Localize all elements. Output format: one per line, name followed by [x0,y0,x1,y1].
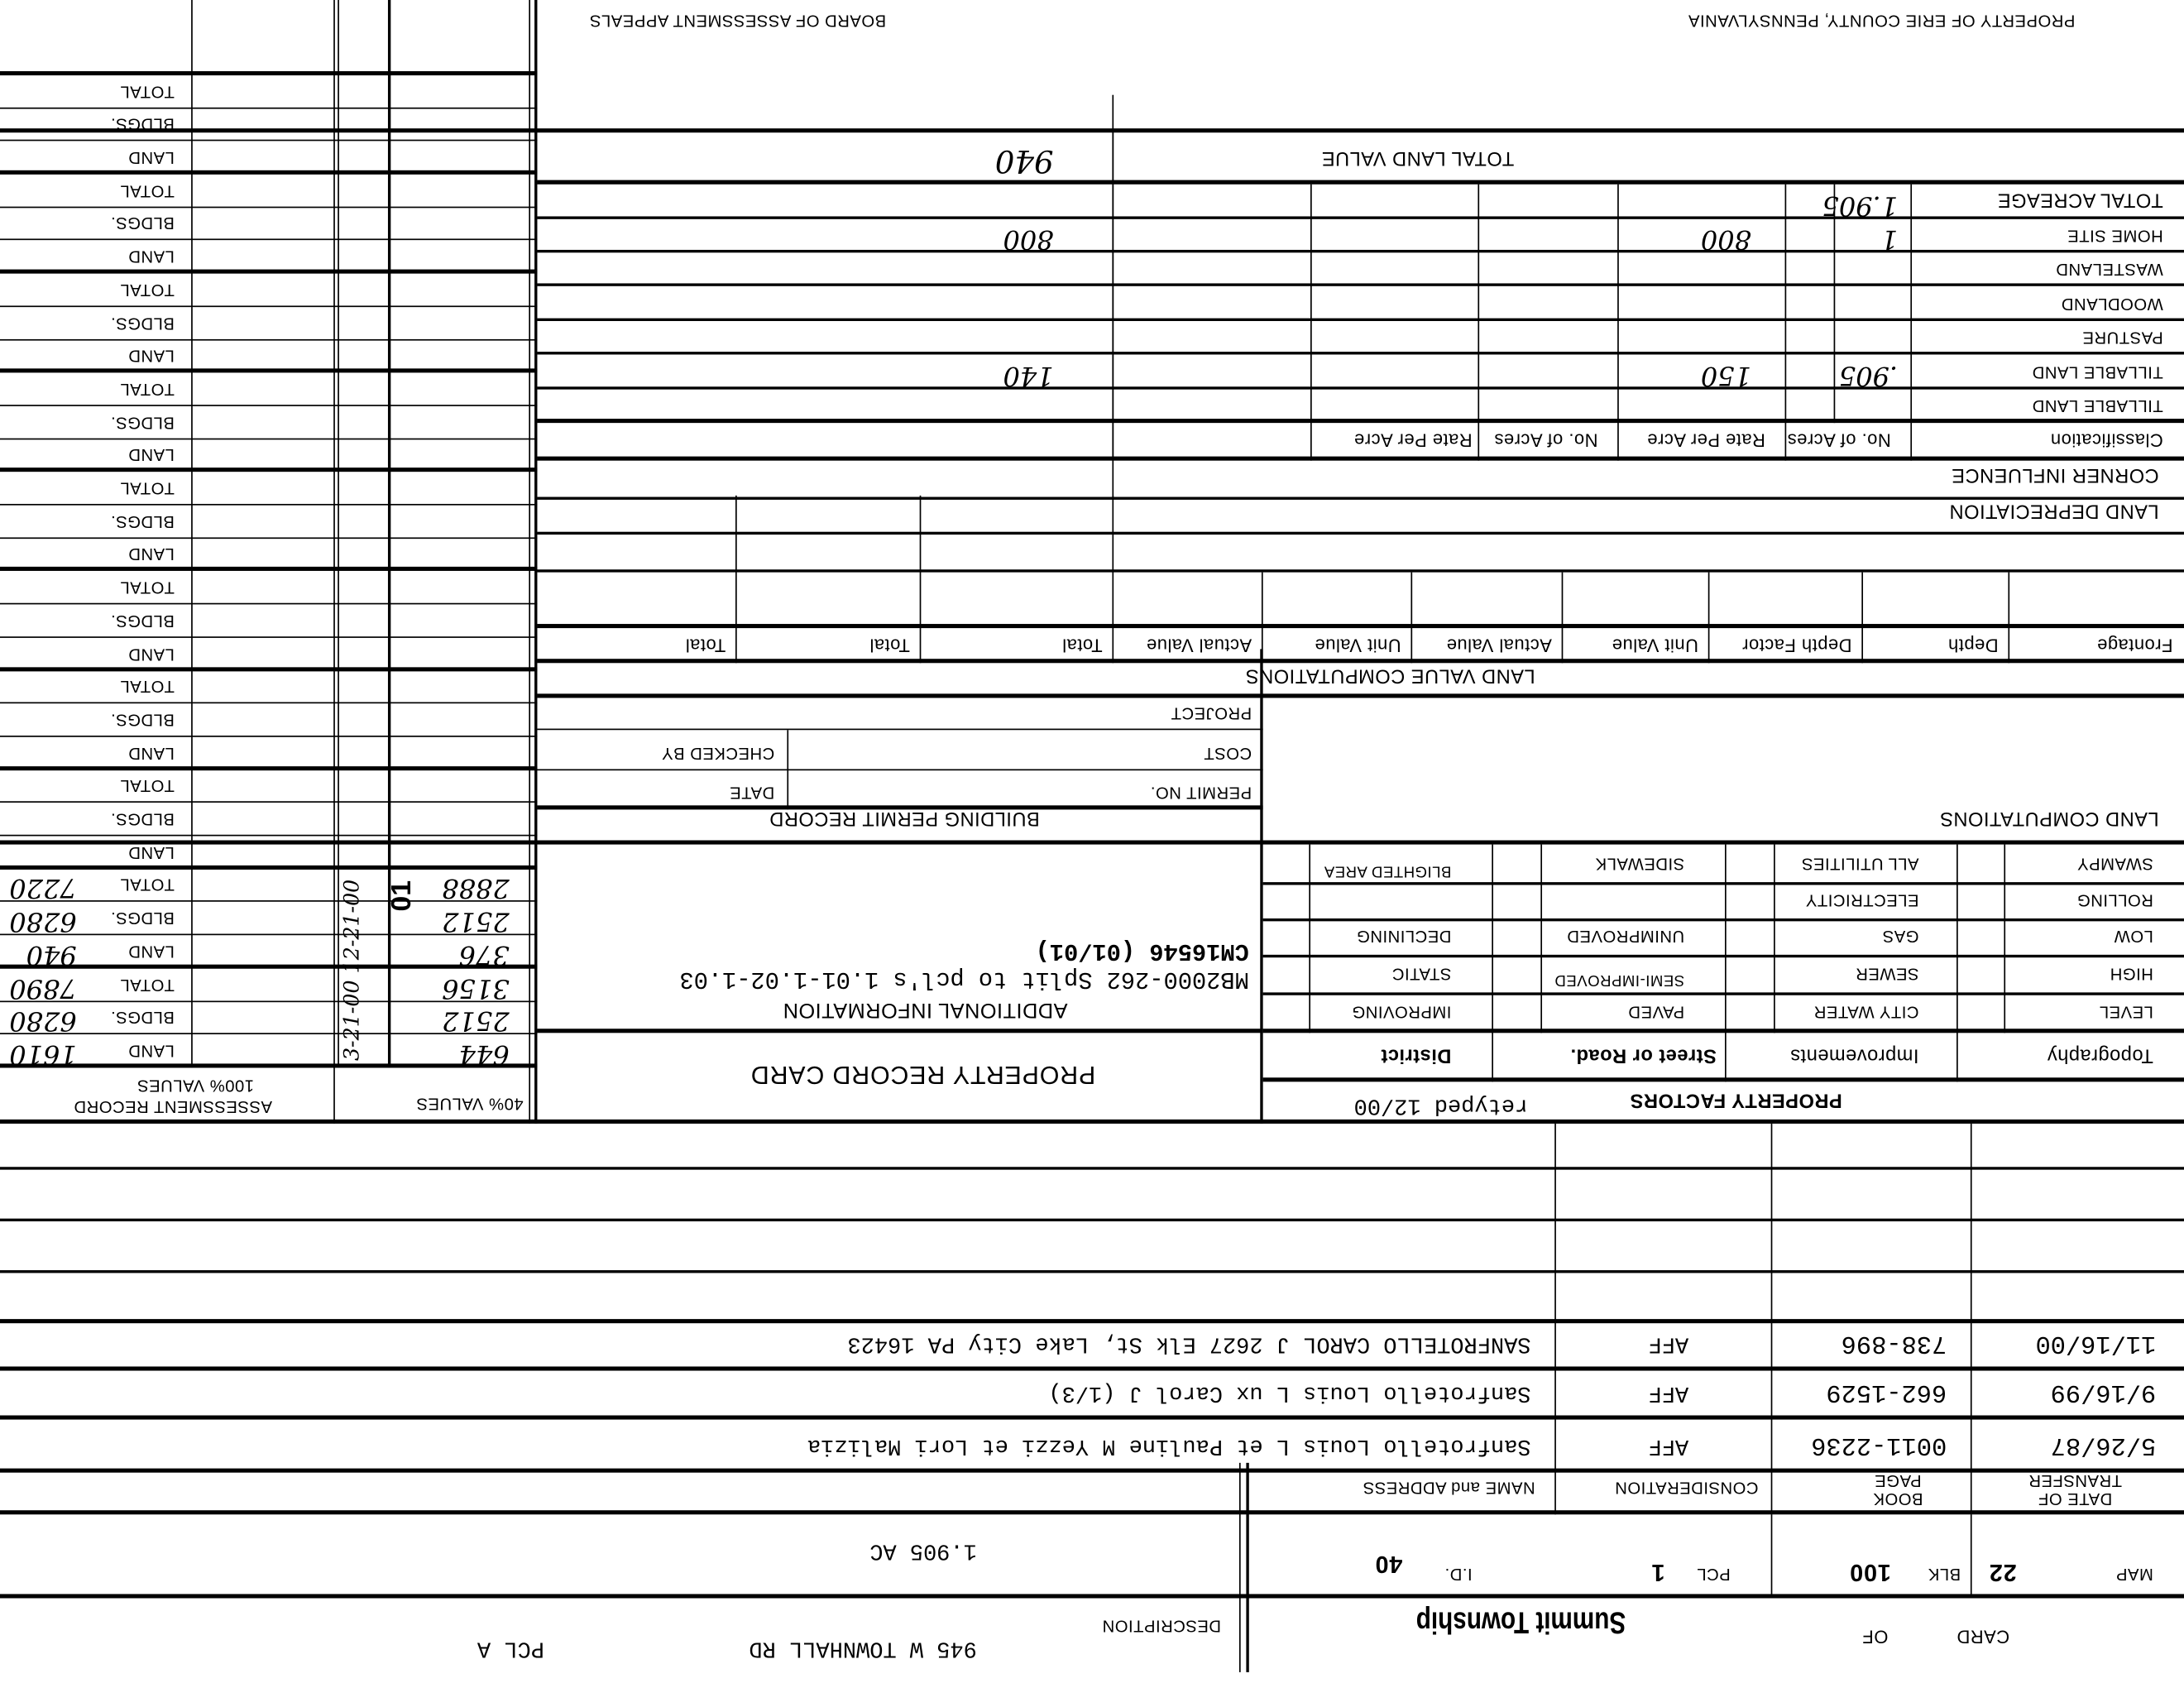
land-value-computations-title: LAND VALUE COMPUTATIONS [1245,666,1535,688]
acreage-acres: 1.905 [1822,189,1898,220]
value-100: 6280 [9,906,77,937]
acreage-rate: 800 [1701,223,1751,254]
map-label: MAP [2115,1565,2153,1585]
acreage-column-header: Rate Per Acre [1354,430,1473,451]
transfer-date: 5/26/87 [2051,1431,2157,1459]
assessment-row-label: TOTAL [120,975,175,995]
rule [0,170,537,175]
assessment-row-label: LAND [128,347,175,367]
assessment-row-label: BLDGS. [111,611,175,631]
rule [537,532,2184,535]
acreage-value: 140 [1003,360,1053,391]
value-100: 6280 [9,1005,77,1036]
permit-no-label: PERMIT NO. [1150,783,1252,803]
transfer-book-page: 662-1529 [1826,1378,1947,1406]
acreage-row-label: WASTELAND [2056,260,2163,280]
divider [1410,573,1412,664]
transfer-name: SANFROTELLO CAROL J 2627 Elk St, Lake Ci… [847,1331,1530,1356]
divider [1971,1514,1972,1598]
book-page-header: BOOK PAGE [1856,1471,1940,1508]
acreage-column-header: No. of Acres [1494,430,1598,451]
assessment-title: ASSESSMENT RECORD [74,1097,272,1117]
description-label: DESCRIPTION [1102,1616,1221,1636]
divider [1262,573,1263,664]
assessment-row-label: LAND [128,843,175,863]
card-of-label: OF [1862,1626,1888,1647]
rule [0,107,537,108]
description-acreage: 1.905 AC [869,1538,977,1563]
assessment-row-label: TOTAL [120,181,175,201]
land-value-column-header: Total [685,635,726,656]
factor-city-water: CITY WATER [1813,1002,1918,1022]
assessment-row-label: BLDGS. [111,810,175,830]
divider [1260,649,1262,1124]
rule [0,1469,2184,1473]
rule [537,569,2184,572]
rule [0,405,537,406]
pcl-value: 1 [1651,1558,1665,1586]
value-100: 940 [26,939,77,970]
divider [1246,1463,1248,1672]
rule [1263,955,2184,957]
assessment-row-label: TOTAL [120,82,175,102]
assessment-row-label: TOTAL [120,578,175,598]
additional-info-line1: MB2000-262 Split to pcl's 1.01-1.02-1.03 [679,965,1248,991]
divider [529,0,530,1124]
value-100: 7220 [9,873,77,904]
description-parcel: PCL A [477,1636,544,1661]
rule [0,835,537,837]
col-40-values: 40% VALUES [416,1095,524,1115]
land-value-column-header: Actual Value [1446,635,1552,656]
value-100: 7890 [9,972,77,1003]
value-40: 2512 [442,1005,510,1036]
divider [920,496,922,663]
acreage-value: 800 [1003,223,1053,254]
assessment-row-label: BLDGS. [111,512,175,532]
retyped-note: retyped 12/00 [1354,1093,1529,1118]
land-value-column-header: Total [869,635,910,656]
divider [2004,845,2005,1033]
improvements-header: Improvements [1790,1045,1919,1067]
rule [537,352,2184,354]
assessment-row-label: BLDGS. [111,909,175,929]
value-40: 644 [459,1038,510,1069]
rule [0,1416,2184,1420]
divider [1861,573,1863,664]
divider [1309,845,1310,1033]
acreage-row-label: WOODLAND [2061,295,2162,314]
rule [0,71,537,75]
rule [1263,918,2184,921]
rule [0,1063,537,1067]
assessment-row-label: LAND [128,148,175,168]
rule [0,703,537,704]
rule [537,419,2184,423]
land-value-column-header: Depth Factor [1742,635,1852,656]
building-permit-title: BUILDING PERMIT RECORD [769,808,1040,831]
rule [0,866,537,870]
rule [537,386,2184,389]
divider [1492,845,1493,1082]
handwritten-dates: 3-21-00 12-21-00 [339,880,364,1061]
rule [537,250,2184,252]
divider [1771,1514,1773,1598]
total-land-value-label: TOTAL LAND VALUE [1321,148,1514,170]
record-card-title: PROPERTY RECORD CARD [750,1059,1095,1088]
district-header: District [1381,1045,1451,1067]
value-40: 2888 [442,873,510,904]
corner-influence-label: CORNER INFLUENCE [1952,465,2159,487]
rule [0,537,537,539]
rule [537,805,1262,809]
transfer-consideration: AFF [1649,1433,1689,1458]
rule [1263,1029,2184,1033]
land-value-column-header: Frontage [2097,635,2173,656]
assessment-row-label: TOTAL [120,281,175,300]
value-40: 376 [459,939,510,970]
factor-unimproved: UNIMPROVED [1567,927,1684,947]
acreage-row-label: TOTAL ACREAGE [1997,189,2162,212]
assessment-row-label: LAND [128,744,175,764]
card-label: CARD [1956,1626,2009,1647]
factor-static: STATIC [1391,965,1451,985]
topography-header: Topography [2047,1045,2153,1067]
additional-info-line2: CM16546 (01/01) [1036,937,1249,963]
rule [0,1270,2184,1273]
blk-label: BLK [1928,1565,1961,1585]
rule [1263,992,2184,995]
rule [537,457,2184,461]
id-value: 40 [1375,1549,1403,1577]
rule [0,128,2184,132]
transfer-consideration: AFF [1649,1380,1689,1405]
rule [537,729,1262,731]
col-100-values: 100% VALUES [137,1077,254,1096]
acreage-row-label: TILLABLE LAND [2032,362,2162,382]
rule [1263,1077,2184,1081]
acreage-acres: .905 [1839,360,1898,391]
rule [537,318,2184,320]
divider [735,496,737,663]
divider [1956,845,1958,1082]
value-40: 2512 [442,906,510,937]
assessment-row-label: LAND [128,645,175,664]
factor-improving: IMPROVING [1352,1002,1451,1022]
divider [191,0,193,1067]
transfer-name: Sanfrotello Louis L ux Carol J (1/3) [1048,1380,1530,1405]
factor-sewer: SEWER [1856,965,1919,985]
rule [0,468,537,472]
permit-date-label: DATE [730,783,775,803]
divider [534,0,537,1124]
divider [1112,132,1114,184]
assessment-row-label: LAND [128,446,175,466]
rule [537,497,2184,500]
acreage-column-header: No. of Acres [1787,430,1891,451]
rule [537,1029,1262,1033]
transfer-date: 11/16/00 [2035,1329,2156,1357]
rule [537,624,2184,628]
rule [0,603,537,605]
factor-swampy: SWAMPY [2077,854,2153,874]
additional-info-label: ADDITIONAL INFORMATION [783,998,1067,1022]
assessment-row-label: BLDGS. [111,214,175,234]
rule [0,568,537,572]
rule [0,206,537,208]
rule [0,1120,2184,1124]
acreage-acres: 1 [1881,223,1898,254]
rule [0,667,537,671]
land-value-column-header: Actual Value [1147,635,1252,656]
year-stamp: 01 [386,880,419,912]
rule [0,438,537,439]
permit-project-label: PROJECT [1171,703,1252,723]
factor-all-utilities: ALL UTILITIES [1802,854,1919,874]
rule [0,766,537,770]
rule [0,369,537,373]
permit-cost-label: COST [1204,744,1252,764]
factor-high: HIGH [2110,965,2153,985]
land-depreciation-label: LAND DEPRECIATION [1949,501,2159,524]
rule [0,1219,2184,1221]
rule [537,284,2184,286]
rule [0,140,537,141]
property-record-card: CARD OF Summit Township DESCRIPTION 945 … [0,0,2184,1688]
board-label: BOARD OF ASSESSMENT APPEALS [590,11,887,31]
rule [0,636,537,638]
description-address: 945 W TOWNHALL RD [749,1636,976,1661]
factor-declining: DECLINING [1357,927,1452,947]
assessment-row-label: TOTAL [120,479,175,499]
consideration-header: CONSIDERATION [1615,1478,1759,1498]
rule [0,1167,2184,1169]
assessment-row-label: TOTAL [120,678,175,698]
divider [1708,573,1710,664]
factor-sidewalk: SIDEWALK [1595,854,1684,874]
assessment-row-label: TOTAL [120,876,175,896]
assessment-row-label: TOTAL [120,777,175,797]
divider [2008,573,2009,664]
acreage-row-label: TILLABLE LAND [2032,396,2162,416]
rule [537,693,2184,698]
land-value-column-header: Unit Value [1315,635,1401,656]
assessment-row-label: BLDGS. [111,1008,175,1028]
rule [0,964,537,968]
assessment-row-label: LAND [128,942,175,961]
acreage-rate: 150 [1701,360,1751,391]
assessment-row-label: BLDGS. [111,314,175,333]
value-100: 1610 [9,1038,77,1069]
transfer-book-page: 738-896 [1842,1329,1947,1357]
rule [537,659,2184,663]
factor-rolling: ROLLING [2076,890,2153,910]
street-header: Street or Road. [1570,1045,1717,1067]
divider [1562,573,1564,664]
blk-value: 100 [1849,1558,1890,1586]
assessment-row-label: LAND [128,247,175,267]
transfer-date: 9/16/99 [2051,1378,2157,1406]
rule [537,180,2184,185]
divider [1774,845,1775,1033]
rule [0,1510,2184,1514]
rule [0,305,537,307]
divider [1725,845,1727,1082]
divider [1112,496,1114,663]
rule [0,239,537,241]
land-value-column-header: Unit Value [1612,635,1698,656]
assessment-row-label: LAND [128,545,175,565]
rule [0,1319,2184,1323]
divider [1540,845,1542,1033]
rule [537,216,2184,218]
transfer-consideration: AFF [1649,1331,1689,1356]
rule [1263,882,2184,885]
divider [333,0,335,1124]
pcl-label: PCL [1697,1565,1731,1585]
acreage-column-header: Rate Per Acre [1647,430,1765,451]
rule [0,338,537,340]
rule [0,1594,2184,1598]
transfer-date-header: DATE OF TRANSFER [2005,1471,2145,1508]
factor-semi-improved: SEMI-IMPROVED [1554,971,1684,988]
rule [0,270,537,274]
assessment-row-label: TOTAL [120,380,175,400]
property-of-label: PROPERTY OF ERIE COUNTY, PENNSYLVANIA [1688,11,2075,31]
transfer-book-page: 0011-2236 [1811,1431,1947,1459]
name-address-header: NAME and ADDRESS [1363,1478,1535,1498]
rule [0,736,537,737]
transfer-name: Sanfrotello Louis L et Pauline M Yezzi e… [807,1433,1531,1458]
value-40: 3156 [442,972,510,1003]
factor-low: LOW [2114,927,2153,947]
land-value-column-header: Depth [1948,635,1999,656]
assessment-row-label: BLDGS. [111,413,175,433]
factor-gas: GAS [1882,927,1918,947]
factor-blighted-area: BLIGHTED AREA [1324,863,1451,880]
divider [1239,1463,1241,1672]
acreage-row-label: HOME SITE [2067,226,2163,246]
rule [0,1366,2184,1370]
assessment-row-label: BLDGS. [111,711,175,731]
factor-level: LEVEL [2099,1002,2153,1022]
acreage-row-label: PASTURE [2082,328,2163,348]
land-computations-title: LAND COMPUTATIONS [1940,808,2159,831]
id-label: I.D. [1444,1565,1473,1585]
property-factors-title: PROPERTY FACTORS [1630,1090,1842,1112]
township-stamp: Summit Township [1416,1604,1626,1640]
permit-checked-by-label: CHECKED BY [662,744,775,764]
land-value-column-header: Total [1062,635,1103,656]
rule [537,769,1262,770]
total-land-value: 940 [995,142,1054,177]
rule [0,841,2184,845]
rule [0,802,537,803]
factor-paved: PAVED [1628,1002,1684,1022]
map-value: 22 [1989,1558,2017,1586]
rule [0,504,537,506]
acreage-column-header: Classification [2050,430,2162,451]
factor-electricity: ELECTRICITY [1805,890,1918,910]
assessment-row-label: LAND [128,1041,175,1061]
